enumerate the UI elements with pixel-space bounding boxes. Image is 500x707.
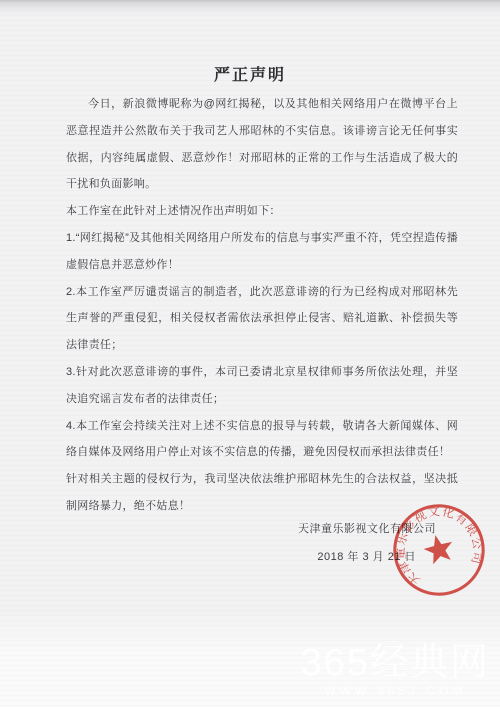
site-watermark: 365经典网 WWW.365J.COM: [301, 644, 490, 697]
watermark-site-name: 365经典网: [301, 644, 490, 682]
scanned-statement-document: 严正声明 今日，新浪微博昵称为@网红揭秘，以及其他相关网络用户在微博平台上恶意捏…: [0, 0, 500, 707]
statement-paragraph: 1.“网红揭秘”及其他相关网络用户所发布的信息与事实严重不符，凭空捏造传播虚假信…: [66, 225, 458, 279]
statement-paragraph: 4.本工作室会持续关注对上述不实信息的报导与转载，敬请各大新闻媒体、网络自媒体及…: [66, 413, 458, 467]
statement-title: 严正声明: [0, 62, 500, 85]
statement-paragraph: 2.本工作室严厉谴责谣言的制造者，此次恶意诽谤的行为已经构成对邢昭林先生声誉的严…: [66, 279, 458, 359]
statement-body: 今日，新浪微博昵称为@网红揭秘，以及其他相关网络用户在微博平台上恶意捏造并公然散…: [66, 91, 458, 520]
statement-paragraph: 3.针对此次恶意诽谤的事件，本司已委请北京星权律师事务所依法处理，并坚决追究谣言…: [66, 359, 458, 413]
seal-star-icon: [421, 532, 456, 566]
statement-paragraph: 本工作室在此针对上述情况作出声明如下：: [66, 198, 458, 225]
watermark-site-url: WWW.365J.COM: [301, 685, 490, 697]
statement-paragraph: 今日，新浪微博昵称为@网红揭秘，以及其他相关网络用户在微博平台上恶意捏造并公然散…: [66, 91, 458, 198]
